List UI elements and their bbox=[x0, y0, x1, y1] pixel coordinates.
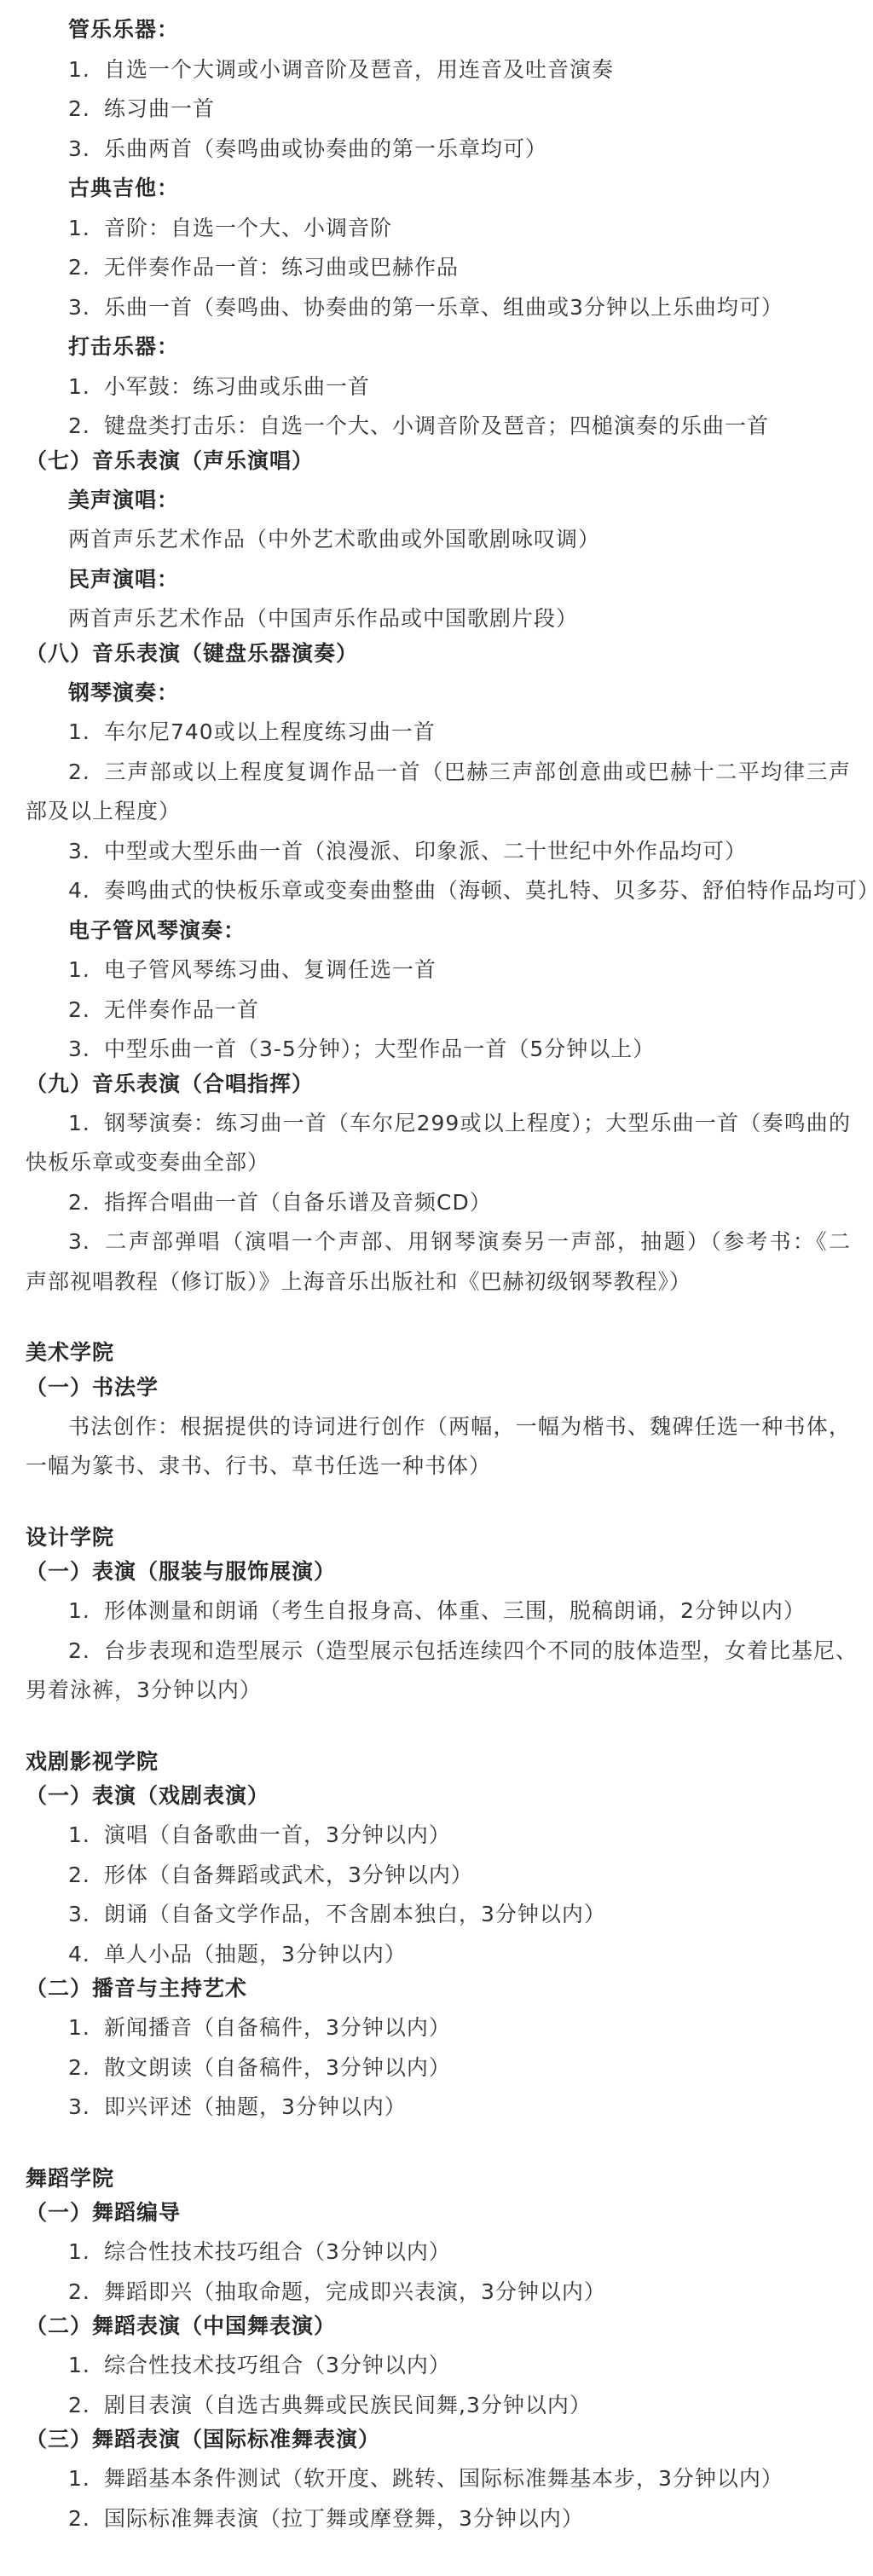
list-item: 3.乐曲两首（奏鸣曲或协奏曲的第一乐章均可） bbox=[26, 130, 851, 170]
list-item: 4.奏鸣曲式的快板乐章或变奏曲整曲（海顿、莫扎特、贝多芬、舒伯特作品均可） bbox=[26, 871, 851, 911]
item-number: 3. bbox=[68, 832, 104, 872]
item-line: 2.三声部或以上程度复调作品一首（巴赫三声部创意曲或巴赫十二平均律三声 bbox=[26, 753, 851, 793]
group-title: 美声演唱： bbox=[26, 481, 851, 521]
group-description: 两首声乐艺术作品（中外艺术歌曲或外国歌剧咏叹调） bbox=[26, 520, 851, 560]
list-item: 1.形体测量和朗诵（考生自报身高、体重、三围，脱稿朗诵，2分钟以内） bbox=[26, 1591, 851, 1632]
group-description: 两首声乐艺术作品（中国声乐作品或中国歌剧片段） bbox=[26, 599, 851, 639]
item-number: 2. bbox=[68, 407, 104, 447]
item-number: 2. bbox=[68, 1632, 104, 1672]
spacer bbox=[26, 1487, 851, 1518]
item-text: 指挥合唱曲一首（自备乐谱及音频CD） bbox=[104, 1190, 492, 1215]
list-item: 1.自选一个大调或小调音阶及琶音，用连音及吐音演奏 bbox=[26, 50, 851, 90]
college-heading: 舞蹈学院 bbox=[26, 2159, 851, 2199]
item-number: 1. bbox=[68, 950, 104, 991]
group-title: 电子管风琴演奏： bbox=[26, 911, 851, 951]
item-text: 三声部或以上程度复调作品一首（巴赫三声部创意曲或巴赫十二平均律三声 bbox=[104, 760, 851, 784]
item-text-continued: 声部视唱教程（修订版）》上海音乐出版社和《巴赫初级钢琴教程》） bbox=[26, 1262, 851, 1302]
item-text: 舞蹈即兴（抽取命题，完成即兴表演，3分钟以内） bbox=[104, 2279, 606, 2304]
item-text: 二声部弹唱（演唱一个声部、用钢琴演奏另一声部，抽题）（参考书：《二 bbox=[104, 1229, 851, 1254]
item-text: 形体测量和朗诵（考生自报身高、体重、三围，脱稿朗诵，2分钟以内） bbox=[104, 1598, 806, 1623]
paragraph-line: 书法创作：根据提供的诗词进行创作（两幅，一幅为楷书、魏碑任选一种书体， bbox=[26, 1407, 851, 1447]
item-text-continued: 部及以上程度） bbox=[26, 792, 851, 832]
list-item: 1.音阶：自选一个大、小调音阶 bbox=[26, 209, 851, 249]
item-text: 键盘类打击乐：自选一个大、小调音阶及琶音；四槌演奏的乐曲一首 bbox=[104, 413, 769, 438]
section-heading: （八）音乐表演（键盘乐器演奏） bbox=[26, 637, 851, 671]
item-text: 中型或大型乐曲一首（浪漫派、印象派、二十世纪中外作品均可） bbox=[104, 839, 747, 863]
section-heading: （二）舞蹈表演（中国舞表演） bbox=[26, 2309, 851, 2343]
item-number: 1. bbox=[68, 2346, 104, 2386]
item-number: 2. bbox=[68, 2499, 104, 2539]
list-item: 2.国际标准舞表演（拉丁舞或摩登舞，3分钟以内） bbox=[26, 2499, 851, 2539]
list-item: 2.散文朗读（自备稿件，3分钟以内） bbox=[26, 2048, 851, 2088]
section-heading: （九）音乐表演（合唱指挥） bbox=[26, 1067, 851, 1101]
item-text: 新闻播音（自备稿件，3分钟以内） bbox=[104, 2015, 451, 2040]
item-number: 2. bbox=[68, 991, 104, 1031]
item-number: 1. bbox=[68, 367, 104, 407]
group-title: 古典吉他： bbox=[26, 169, 851, 209]
list-item: 3.中型乐曲一首（3-5分钟）；大型作品一首（5分钟以上） bbox=[26, 1030, 851, 1070]
item-number: 1. bbox=[68, 2008, 104, 2048]
item-number: 4. bbox=[68, 871, 104, 911]
item-text: 无伴奏作品一首：练习曲或巴赫作品 bbox=[104, 255, 459, 280]
section-heading: （一）舞蹈编导 bbox=[26, 2196, 851, 2230]
spacer bbox=[26, 2128, 851, 2159]
item-number: 2. bbox=[68, 2273, 104, 2313]
item-line: 1.钢琴演奏：练习曲一首（车尔尼299或以上程度）；大型乐曲一首（奏鸣曲的 bbox=[26, 1104, 851, 1144]
list-item: 3.乐曲一首（奏鸣曲、协奏曲的第一乐章、组曲或3分钟以上乐曲均可） bbox=[26, 288, 851, 328]
list-item: 2.指挥合唱曲一首（自备乐谱及音频CD） bbox=[26, 1183, 851, 1223]
item-number: 4. bbox=[68, 1935, 104, 1975]
item-line: 2.台步表现和造型展示（造型展示包括连续四个不同的肢体造型，女着比基尼、 bbox=[26, 1632, 851, 1672]
group-title: 钢琴演奏： bbox=[26, 673, 851, 713]
list-item: 1.综合性技术技巧组合（3分钟以内） bbox=[26, 2346, 851, 2386]
section-heading: （一）书法学 bbox=[26, 1371, 851, 1405]
item-number: 1. bbox=[68, 1591, 104, 1632]
section-heading: （七）音乐表演（声乐演唱） bbox=[26, 444, 851, 478]
list-item: 1.演唱（自备歌曲一首，3分钟以内） bbox=[26, 1816, 851, 1856]
list-item: 2.无伴奏作品一首 bbox=[26, 991, 851, 1031]
item-text: 单人小品（抽题，3分钟以内） bbox=[104, 1942, 407, 1967]
item-number: 3. bbox=[68, 130, 104, 170]
item-text: 无伴奏作品一首 bbox=[104, 997, 259, 1022]
section-paragraph: 书法创作：根据提供的诗词进行创作（两幅，一幅为楷书、魏碑任选一种书体， 一幅为篆… bbox=[26, 1407, 851, 1487]
item-text: 奏鸣曲式的快板乐章或变奏曲整曲（海顿、莫扎特、贝多芬、舒伯特作品均可） bbox=[104, 878, 873, 903]
list-item: 1.小军鼓：练习曲或乐曲一首 bbox=[26, 367, 851, 407]
item-number: 1. bbox=[68, 713, 104, 753]
list-item: 2.剧目表演（自选古典舞或民族民间舞,3分钟以内） bbox=[26, 2386, 851, 2426]
item-text: 中型乐曲一首（3-5分钟）；大型作品一首（5分钟以上） bbox=[104, 1037, 655, 1061]
list-item: 3.二声部弹唱（演唱一个声部、用钢琴演奏另一声部，抽题）（参考书：《二 声部视唱… bbox=[26, 1222, 851, 1302]
article-body: 管乐乐器： 1.自选一个大调或小调音阶及琶音，用连音及吐音演奏 2.练习曲一首 … bbox=[0, 0, 873, 2538]
list-item: 2.无伴奏作品一首：练习曲或巴赫作品 bbox=[26, 248, 851, 288]
item-text: 乐曲两首（奏鸣曲或协奏曲的第一乐章均可） bbox=[104, 136, 547, 161]
list-item: 1.舞蹈基本条件测试（软开度、跳转、国际标准舞基本步，3分钟以内） bbox=[26, 2459, 851, 2499]
list-item: 2.舞蹈即兴（抽取命题，完成即兴表演，3分钟以内） bbox=[26, 2273, 851, 2313]
list-item: 4.单人小品（抽题，3分钟以内） bbox=[26, 1935, 851, 1975]
list-item: 1.车尔尼740或以上程度练习曲一首 bbox=[26, 713, 851, 753]
item-text: 即兴评述（抽题，3分钟以内） bbox=[104, 2094, 407, 2119]
item-text-continued: 快板乐章或变奏曲全部） bbox=[26, 1143, 851, 1183]
item-number: 1. bbox=[68, 1816, 104, 1856]
item-number: 1. bbox=[68, 1104, 104, 1144]
item-number: 2. bbox=[68, 2048, 104, 2088]
item-number: 3. bbox=[68, 2088, 104, 2128]
section-heading: （一）表演（戏剧表演） bbox=[26, 1779, 851, 1813]
list-item: 2.台步表现和造型展示（造型展示包括连续四个不同的肢体造型，女着比基尼、 男着泳… bbox=[26, 1632, 851, 1711]
list-item: 2.形体（自备舞蹈或武术，3分钟以内） bbox=[26, 1856, 851, 1896]
item-number: 3. bbox=[68, 1895, 104, 1935]
group-title: 打击乐器： bbox=[26, 327, 851, 367]
item-text: 自选一个大调或小调音阶及琶音，用连音及吐音演奏 bbox=[104, 57, 614, 82]
item-text: 剧目表演（自选古典舞或民族民间舞,3分钟以内） bbox=[104, 2393, 592, 2417]
list-item: 2.三声部或以上程度复调作品一首（巴赫三声部创意曲或巴赫十二平均律三声 部及以上… bbox=[26, 753, 851, 832]
item-number: 1. bbox=[68, 209, 104, 249]
item-line: 3.二声部弹唱（演唱一个声部、用钢琴演奏另一声部，抽题）（参考书：《二 bbox=[26, 1222, 851, 1262]
list-item: 1.新闻播音（自备稿件，3分钟以内） bbox=[26, 2008, 851, 2048]
list-item: 3.中型或大型乐曲一首（浪漫派、印象派、二十世纪中外作品均可） bbox=[26, 832, 851, 872]
list-item: 3.即兴评述（抽题，3分钟以内） bbox=[26, 2088, 851, 2128]
item-number: 3. bbox=[68, 1030, 104, 1070]
item-text: 综合性技术技巧组合（3分钟以内） bbox=[104, 2353, 451, 2377]
section-heading: （一）表演（服装与服饰展演） bbox=[26, 1555, 851, 1589]
item-text: 乐曲一首（奏鸣曲、协奏曲的第一乐章、组曲或3分钟以上乐曲均可） bbox=[104, 295, 783, 320]
list-item: 1.综合性技术技巧组合（3分钟以内） bbox=[26, 2232, 851, 2273]
item-text: 练习曲一首 bbox=[104, 96, 215, 121]
item-number: 2. bbox=[68, 1856, 104, 1896]
item-text: 小军鼓：练习曲或乐曲一首 bbox=[104, 374, 370, 399]
item-text: 舞蹈基本条件测试（软开度、跳转、国际标准舞基本步，3分钟以内） bbox=[104, 2466, 783, 2491]
item-number: 2. bbox=[68, 248, 104, 288]
college-heading: 戏剧影视学院 bbox=[26, 1742, 851, 1782]
item-text: 国际标准舞表演（拉丁舞或摩登舞，3分钟以内） bbox=[104, 2506, 584, 2531]
item-number: 1. bbox=[68, 2232, 104, 2273]
spacer bbox=[26, 1711, 851, 1742]
item-text: 综合性技术技巧组合（3分钟以内） bbox=[104, 2239, 451, 2264]
paragraph-line-continued: 一幅为篆书、隶书、行书、草书任选一种书体） bbox=[26, 1447, 851, 1487]
list-item: 1.电子管风琴练习曲、复调任选一首 bbox=[26, 950, 851, 991]
item-text: 钢琴演奏：练习曲一首（车尔尼299或以上程度）；大型乐曲一首（奏鸣曲的 bbox=[104, 1111, 851, 1135]
item-number: 3. bbox=[68, 1222, 104, 1262]
item-number: 2. bbox=[68, 2386, 104, 2426]
section-heading: （二）播音与主持艺术 bbox=[26, 1972, 851, 2006]
item-text-continued: 男着泳裤，3分钟以内） bbox=[26, 1671, 851, 1711]
item-number: 3. bbox=[68, 288, 104, 328]
list-item: 2.键盘类打击乐：自选一个大、小调音阶及琶音；四槌演奏的乐曲一首 bbox=[26, 407, 851, 447]
list-item: 1.钢琴演奏：练习曲一首（车尔尼299或以上程度）；大型乐曲一首（奏鸣曲的 快板… bbox=[26, 1104, 851, 1183]
item-text: 散文朗读（自备稿件，3分钟以内） bbox=[104, 2055, 451, 2080]
item-text: 台步表现和造型展示（造型展示包括连续四个不同的肢体造型，女着比基尼、 bbox=[104, 1638, 858, 1663]
list-item: 2.练习曲一首 bbox=[26, 90, 851, 130]
item-text: 朗诵（自备文学作品，不含剧本独白，3分钟以内） bbox=[104, 1902, 606, 1926]
spacer bbox=[26, 1302, 851, 1333]
item-text: 演唱（自备歌曲一首，3分钟以内） bbox=[104, 1822, 451, 1847]
item-text: 电子管风琴练习曲、复调任选一首 bbox=[104, 957, 436, 982]
college-heading: 设计学院 bbox=[26, 1518, 851, 1558]
item-number: 2. bbox=[68, 1183, 104, 1223]
item-number: 1. bbox=[68, 2459, 104, 2499]
list-item: 3.朗诵（自备文学作品，不含剧本独白，3分钟以内） bbox=[26, 1895, 851, 1935]
item-text: 车尔尼740或以上程度练习曲一首 bbox=[104, 719, 436, 744]
item-number: 1. bbox=[68, 50, 104, 90]
group-title: 管乐乐器： bbox=[26, 10, 851, 50]
item-text: 形体（自备舞蹈或武术，3分钟以内） bbox=[104, 1863, 473, 1887]
item-text: 音阶：自选一个大、小调音阶 bbox=[104, 216, 392, 240]
item-number: 2. bbox=[68, 753, 104, 793]
section-heading: （三）舞蹈表演（国际标准舞表演） bbox=[26, 2423, 851, 2457]
college-heading: 美术学院 bbox=[26, 1333, 851, 1373]
item-number: 2. bbox=[68, 90, 104, 130]
group-title: 民声演唱： bbox=[26, 560, 851, 600]
